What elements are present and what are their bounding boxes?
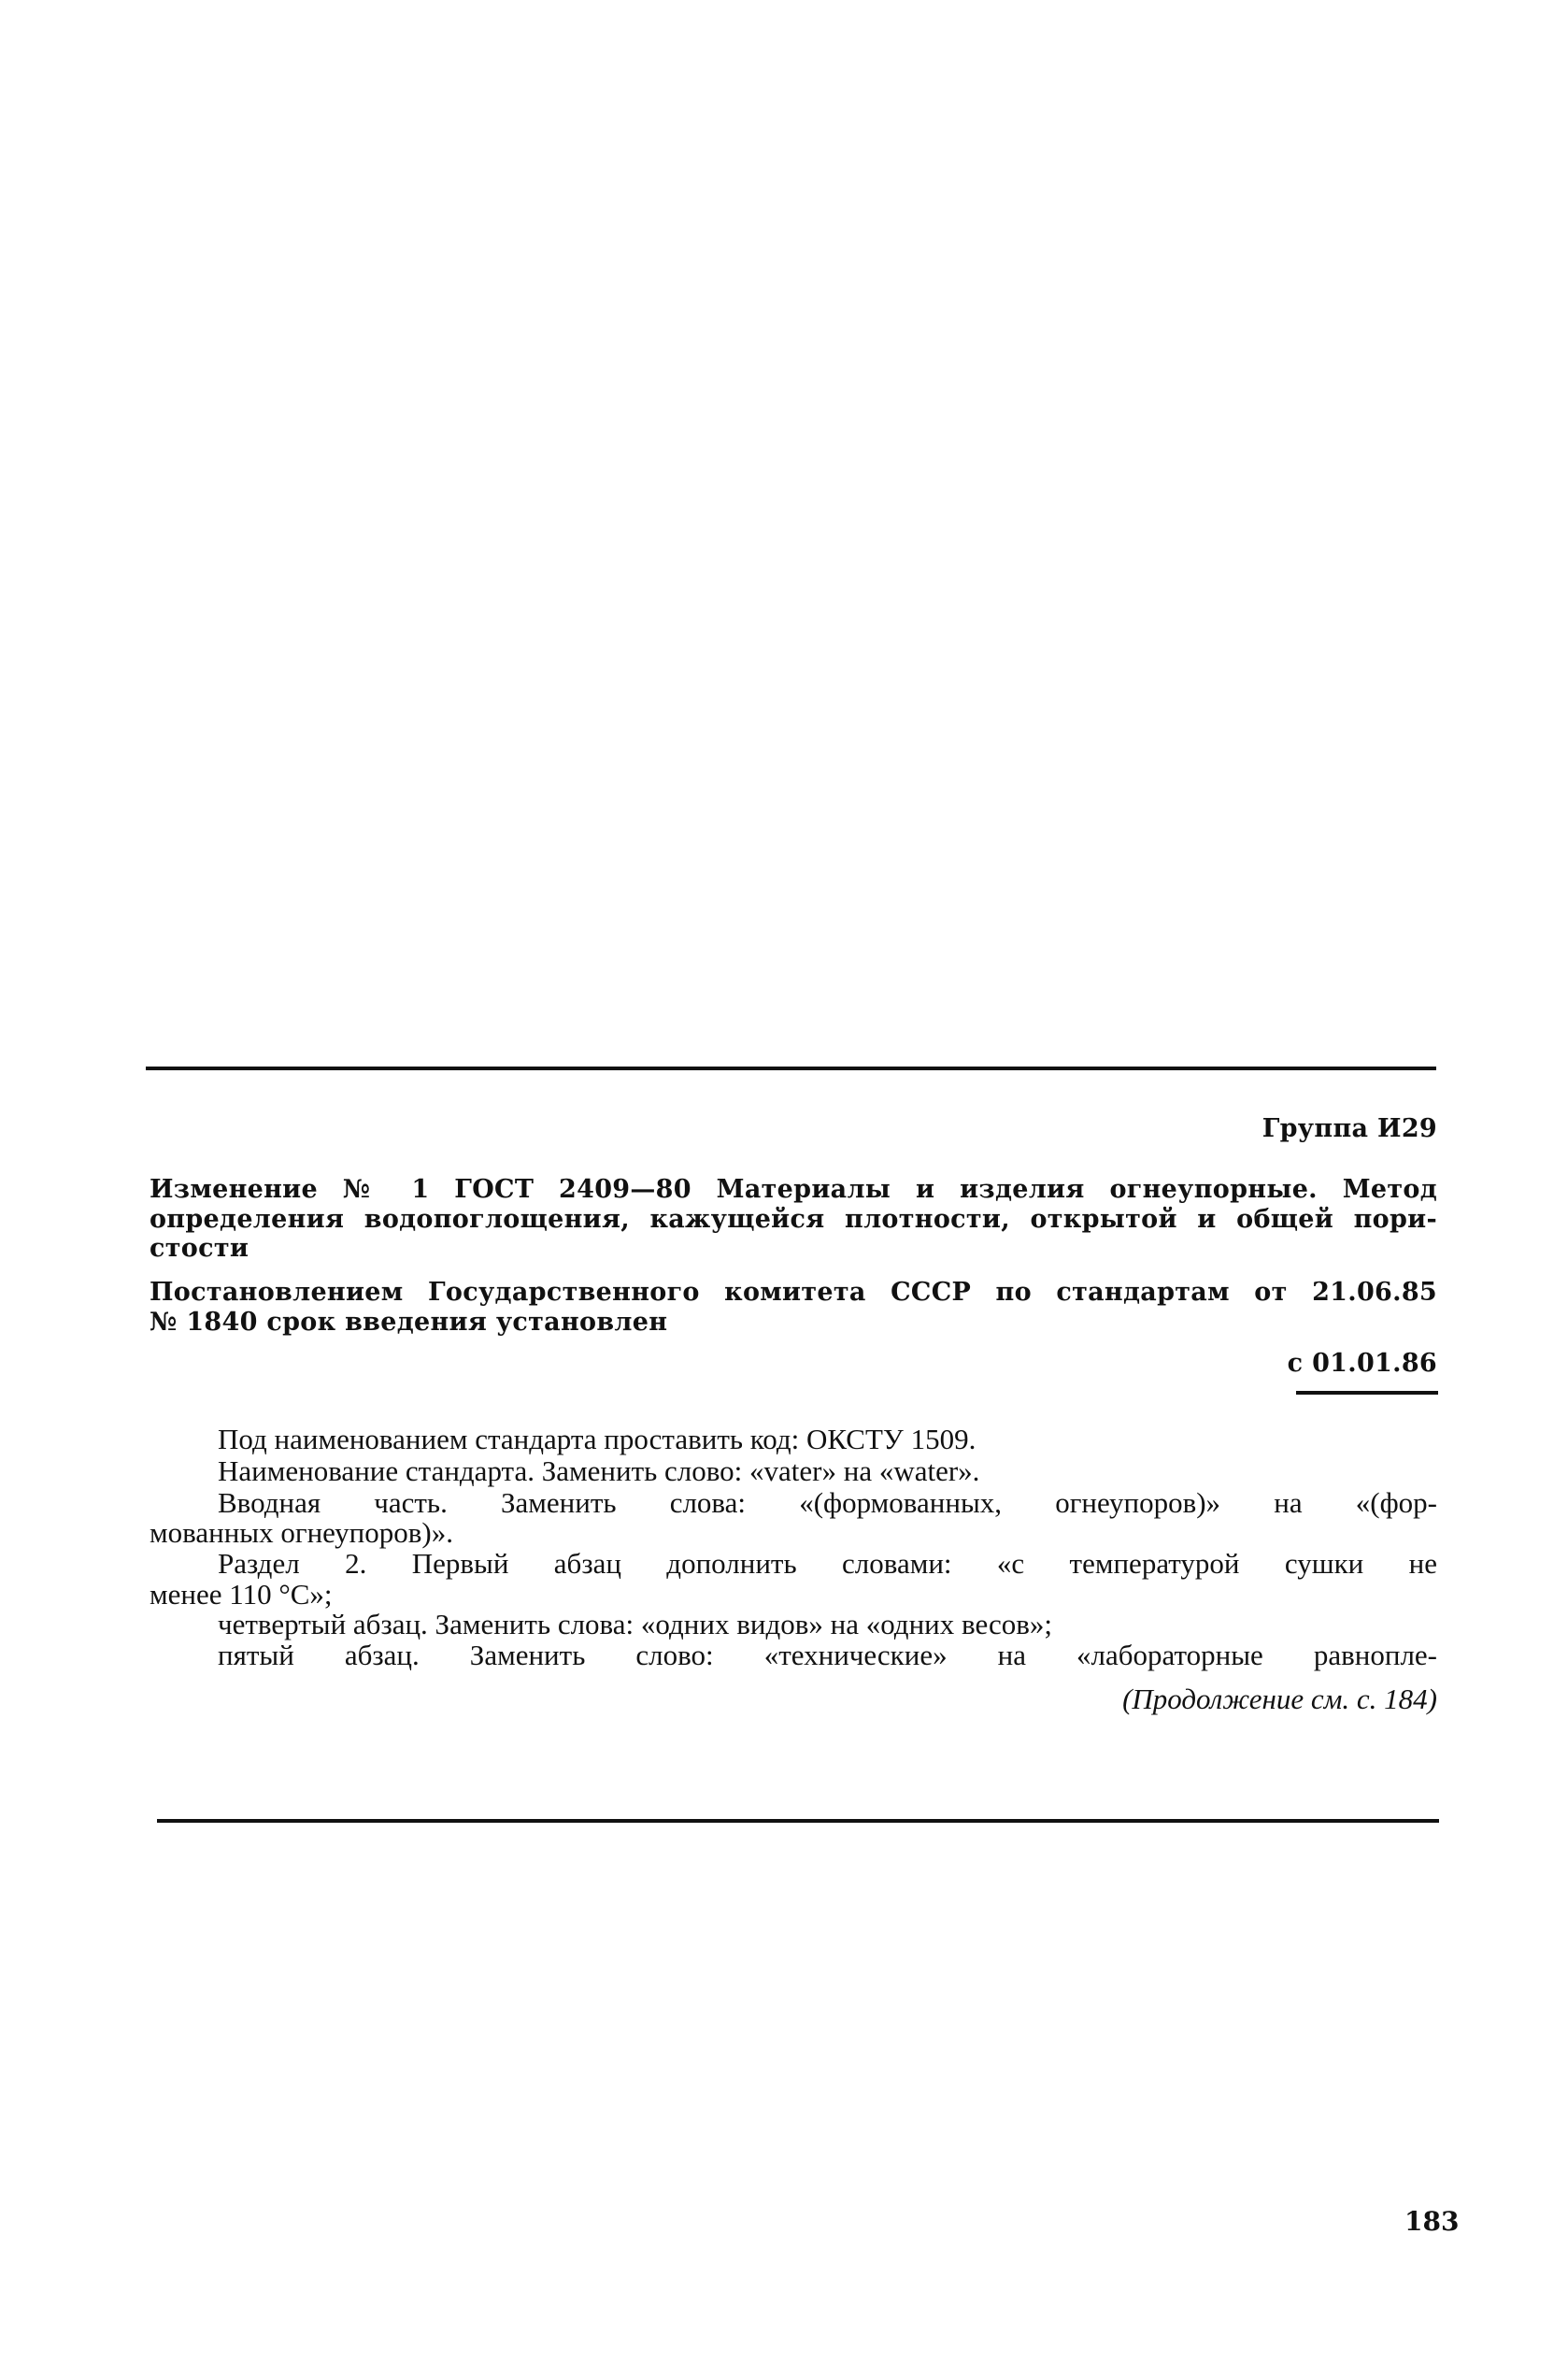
bottom-rule: [157, 1819, 1439, 1823]
body-line-1: Под наименованием стандарта проставить к…: [218, 1423, 976, 1456]
heading-line-2: определения водопоглощения, кажущейся пл…: [150, 1205, 1437, 1234]
heading-line-3: стости: [150, 1234, 249, 1263]
body-line-8: пятый абзац. Заменить слово: «технически…: [218, 1639, 1437, 1672]
heading-line-1: Изменение № 1 ГОСТ 2409—80 Материалы и и…: [150, 1175, 1437, 1204]
body-line-7: четвертый абзац. Заменить слова: «одних …: [218, 1608, 1052, 1641]
page-number: 183: [1404, 2206, 1459, 2237]
decree-line-1: Постановлением Государственного комитета…: [150, 1278, 1437, 1307]
body-line-2: Наименование стандарта. Заменить слово: …: [218, 1454, 979, 1488]
continuation-note: (Продолжение см. с. 184): [1122, 1683, 1437, 1716]
body-line-5: Раздел 2. Первый абзац дополнить словами…: [218, 1547, 1437, 1581]
body-line-4: мованных огнеупоров)».: [150, 1516, 453, 1550]
top-rule: [146, 1067, 1436, 1070]
body-line-6: менее 110 °С»;: [150, 1578, 333, 1611]
body-line-3: Вводная часть. Заменить слова: «(формова…: [218, 1486, 1437, 1520]
group-code: Группа И29: [1262, 1114, 1437, 1143]
effective-date-underline: [1296, 1391, 1438, 1395]
effective-date: с 01.01.86: [1288, 1349, 1437, 1378]
decree-line-2: № 1840 срок введения установлен: [150, 1308, 667, 1337]
